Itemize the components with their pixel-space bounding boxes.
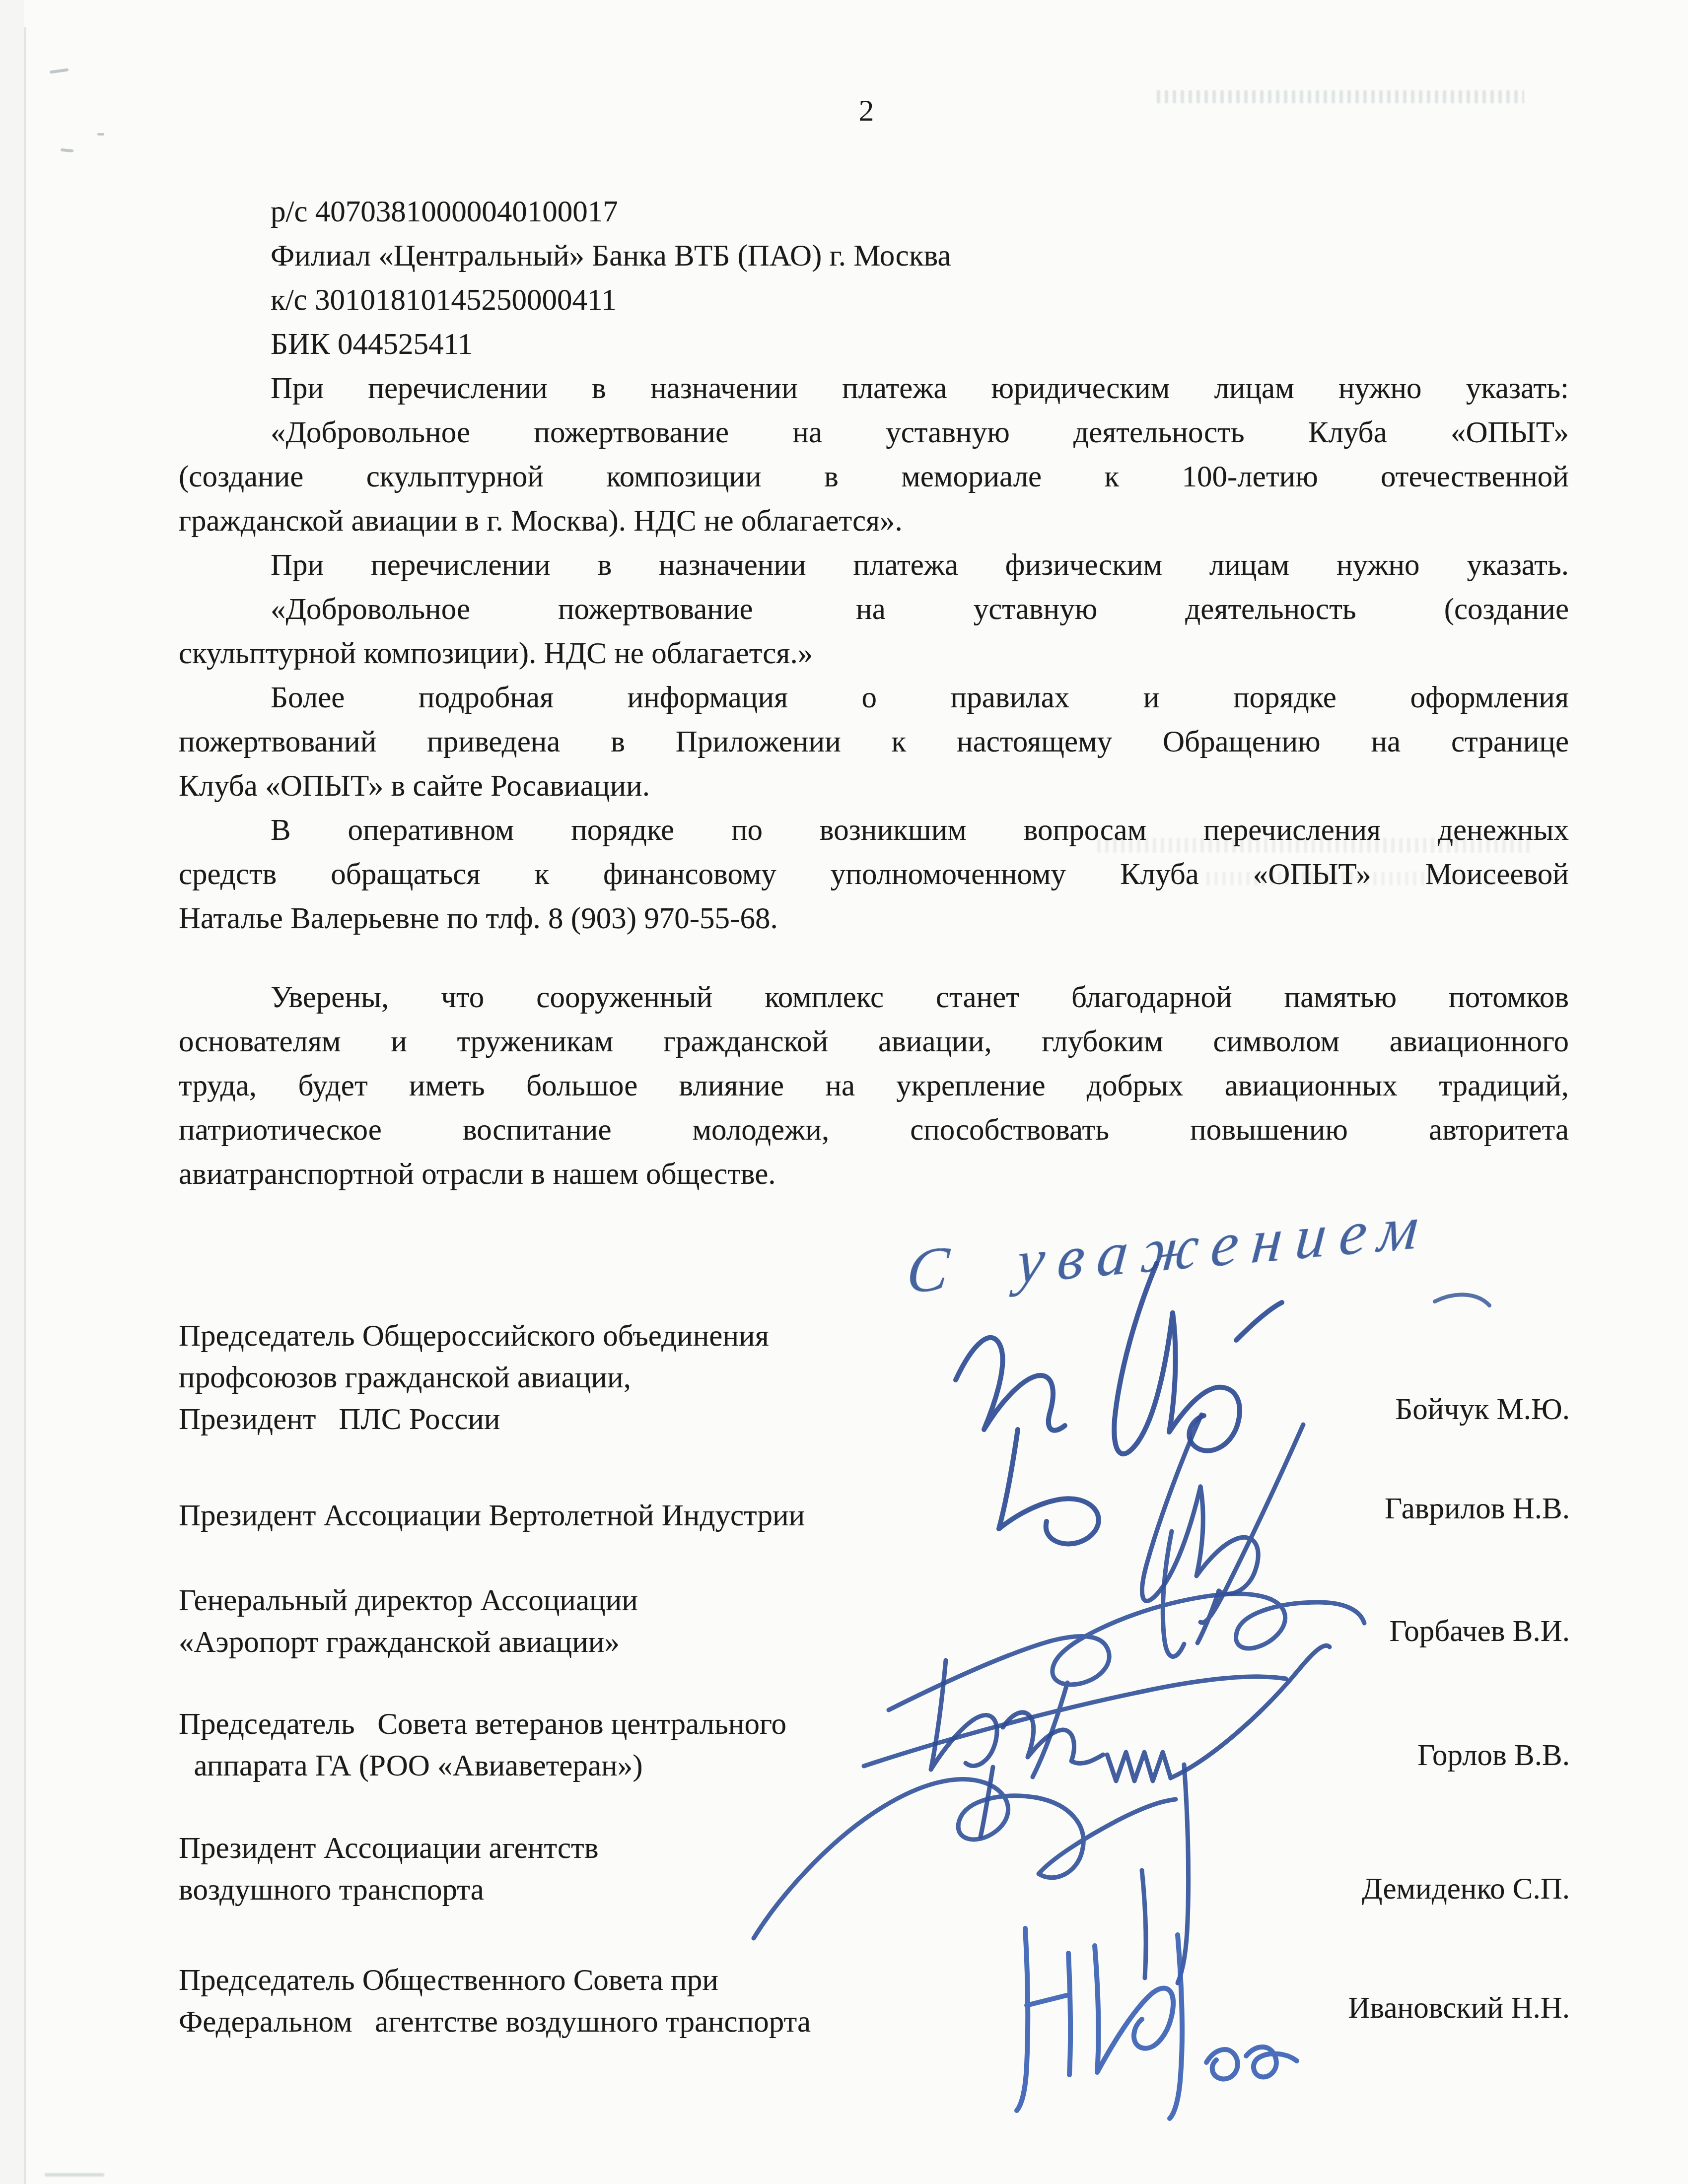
signatory-title-line: Президент ПЛС России: [179, 1399, 1072, 1440]
bank-bik-line: БИК 044525411: [179, 322, 1569, 366]
signatory-name: Горбачев В.И.: [1389, 1612, 1570, 1651]
text-line: Клуба «ОПЫТ» в сайте Росавиации.: [179, 764, 1569, 808]
text-line: «Добровольное пожертвование на уставную …: [179, 587, 1569, 631]
text-line: гражданской авиации в г. Москва). НДС не…: [179, 499, 1569, 543]
scan-speck: [97, 133, 104, 136]
bank-account-line: р/с 40703810000040100017: [179, 190, 1569, 234]
signatory-name: Бойчук М.Ю.: [1395, 1390, 1570, 1430]
text-line: основателям и труженикам гражданской ави…: [179, 1020, 1569, 1064]
bank-corr-account-line: к/с 30101810145250000411: [179, 278, 1569, 322]
text-line: авиатранспортной отрасли в нашем обществ…: [179, 1152, 1569, 1196]
text-line: патриотическое воспитание молодежи, спос…: [179, 1108, 1569, 1152]
text-line: «Добровольное пожертвование на уставную …: [179, 410, 1569, 455]
scan-ghost-artifact: [1157, 90, 1524, 103]
signature-ink-gavrilov: [1142, 1415, 1303, 1643]
page-number: 2: [839, 93, 894, 129]
scan-fold-line: [24, 27, 26, 2184]
text-line: скульптурной композиции). НДС не облагае…: [179, 631, 1569, 676]
signature-block-title: Президент Ассоциации агентств воздушного…: [179, 1828, 1072, 1911]
scan-speck: [61, 148, 73, 153]
signatory-title-line: Генеральный директор Ассоциации: [179, 1580, 1072, 1622]
signatory-name: Гаврилов Н.В.: [1385, 1489, 1570, 1529]
text-line: Более подробная информация о правилах и …: [179, 676, 1569, 720]
text-line: средств обращаться к финансовому уполном…: [179, 852, 1569, 896]
signatory-title-line: Президент Ассоциации Вертолетной Индустр…: [179, 1495, 1072, 1537]
scanned-letter-page-2: { "meta": { "ink_blue": "#2e4d95", "ink_…: [0, 0, 1688, 2184]
signatory-name: Горлов В.В.: [1417, 1736, 1570, 1775]
scan-speck: [45, 2173, 104, 2177]
letter-body: р/с 40703810000040100017 Филиал «Централ…: [179, 190, 1569, 1196]
text-line: При перечислении в назначении платежа юр…: [179, 366, 1569, 410]
signature-block-title: Председатель Совета ветеранов центрально…: [179, 1704, 1072, 1787]
closing-flourish-ink: [1435, 1295, 1489, 1305]
text-line: Уверены, что сооруженный комплекс станет…: [179, 975, 1569, 1020]
signature-block-title: Председатель Общественного Совета при Фе…: [179, 1960, 1072, 2043]
signatory-title-line: «Аэропорт гражданской авиации»: [179, 1622, 1072, 1663]
text-line: пожертвований приведена в Приложении к н…: [179, 720, 1569, 764]
scan-edge-band: [0, 0, 24, 2184]
document-page: 2 р/с 40703810000040100017 Филиал «Центр…: [0, 0, 1688, 2184]
signatory-name: Ивановский Н.Н.: [1348, 1988, 1570, 2028]
signatory-title-line: профсоюзов гражданской авиации,: [179, 1357, 1072, 1399]
scan-speck: [50, 68, 69, 73]
contact-phone-line: Наталье Валерьевне по тлф. 8 (903) 970-5…: [179, 896, 1569, 941]
closing-salutation-handwritten: С уважением: [904, 1190, 1434, 1308]
signatory-title-line: Председатель Совета ветеранов центрально…: [179, 1704, 1072, 1745]
text-line: При перечислении в назначении платежа фи…: [179, 543, 1569, 587]
signature-block-title: Генеральный директор Ассоциации «Аэропор…: [179, 1580, 1072, 1663]
signature-block-title: Председатель Общероссийского объединения…: [179, 1315, 1072, 1440]
signatory-title-line: Председатель Общественного Совета при: [179, 1960, 1072, 2001]
text-line: (создание скульптурной композиции в мемо…: [179, 455, 1569, 499]
signatory-title-line: Председатель Общероссийского объединения: [179, 1315, 1072, 1357]
signatory-title-line: воздушного транспорта: [179, 1869, 1072, 1911]
signatory-title-line: аппарата ГА (РОО «Авиаветеран»): [179, 1745, 1072, 1787]
signatory-title-line: Президент Ассоциации агентств: [179, 1828, 1072, 1869]
signatory-name: Демиденко С.П.: [1362, 1869, 1570, 1909]
bank-branch-line: Филиал «Центральный» Банка ВТБ (ПАО) г. …: [179, 234, 1569, 278]
text-line: В оперативном порядке по возникшим вопро…: [179, 808, 1569, 852]
text-line: труда, будет иметь большое влияние на ук…: [179, 1064, 1569, 1108]
signature-block-title: Президент Ассоциации Вертолетной Индустр…: [179, 1495, 1072, 1537]
signatory-title-line: Федеральном агентстве воздушного транспо…: [179, 2001, 1072, 2043]
